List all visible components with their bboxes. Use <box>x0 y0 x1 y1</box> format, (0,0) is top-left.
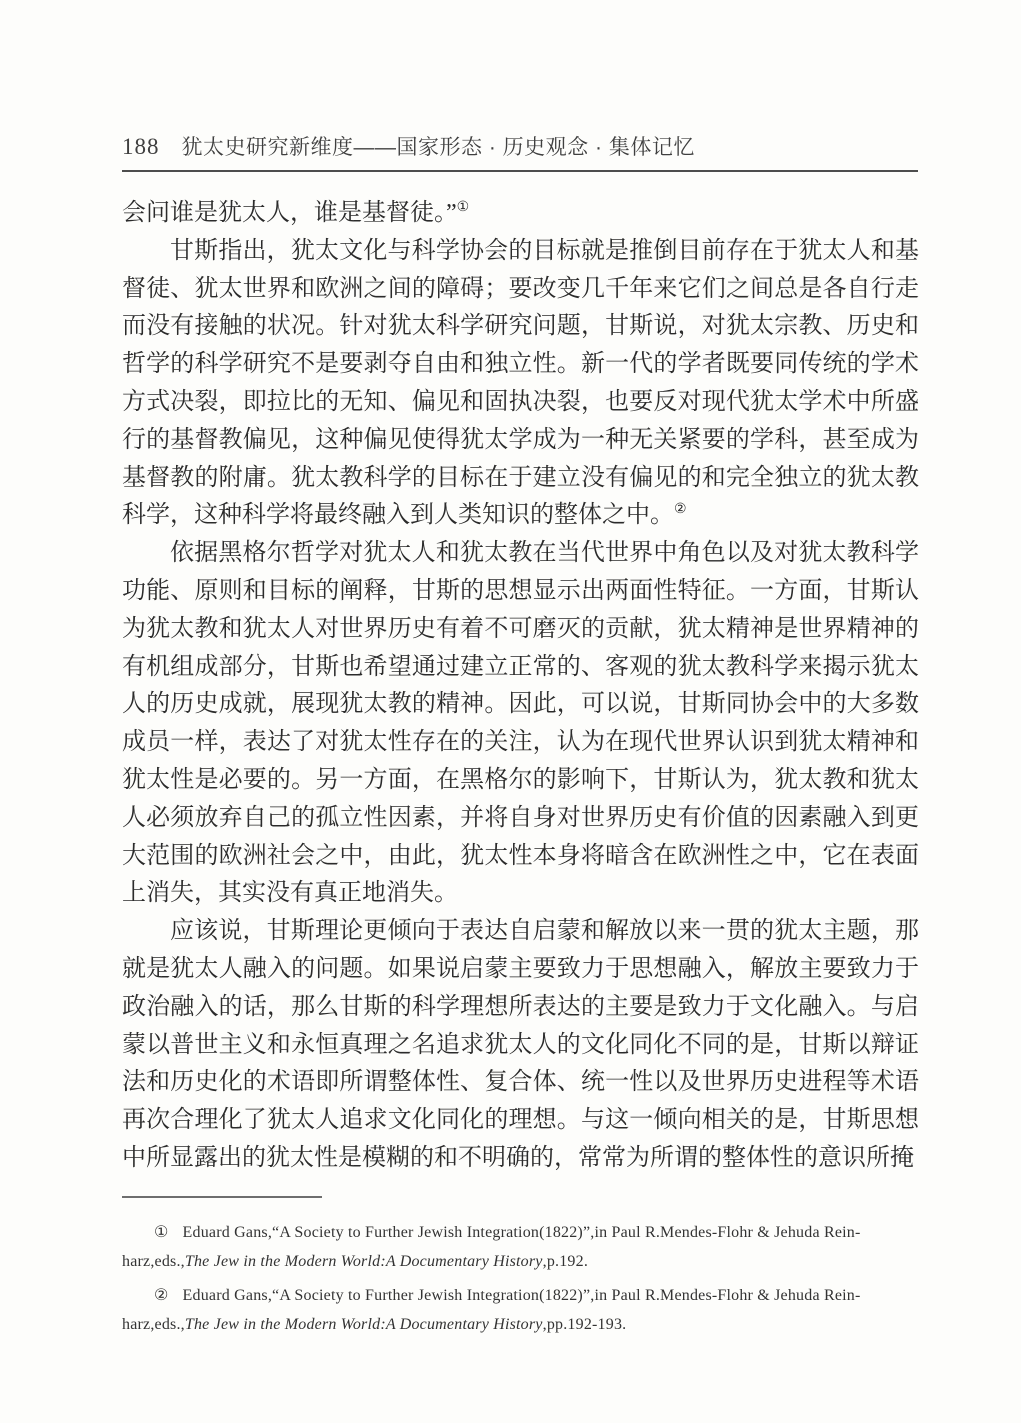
footnote-line: ①Eduard Gans,“A Society to Further Jewis… <box>122 1218 919 1247</box>
footnote-2: ②Eduard Gans,“A Society to Further Jewis… <box>122 1281 919 1339</box>
page-number: 188 <box>122 134 160 160</box>
footnote-text: harz,eds., <box>122 1316 185 1333</box>
footnotes-section: ①Eduard Gans,“A Society to Further Jewis… <box>122 1196 919 1344</box>
footnote-line: ②Eduard Gans,“A Society to Further Jewis… <box>122 1281 919 1310</box>
footnote-separator <box>122 1196 322 1198</box>
body-paragraph: 甘斯指出，犹太文化与科学协会的目标就是推倒目前存在于犹太人和基督徒、犹太世界和欧… <box>122 233 919 535</box>
footnote-book-title: The Jew in the Modern World:A Documentar… <box>185 1316 543 1333</box>
footnote-ref-1: ① <box>457 200 470 215</box>
footnote-book-title: The Jew in the Modern World:A Documentar… <box>185 1253 543 1270</box>
running-header: 188 犹太史研究新维度——国家形态 · 历史观念 · 集体记忆 <box>122 131 918 172</box>
footnote-1: ①Eduard Gans,“A Society to Further Jewis… <box>122 1218 919 1276</box>
footnote-text: ,p.192. <box>543 1253 588 1270</box>
footnote-text: Eduard Gans,“A Society to Further Jewish… <box>183 1224 861 1241</box>
footnote-text: Eduard Gans,“A Society to Further Jewish… <box>183 1287 861 1304</box>
footnote-line: harz,eds.,The Jew in the Modern World:A … <box>122 1247 919 1276</box>
paragraph-text: 依据黑格尔哲学对犹太人和犹太教在当代世界中角色以及对犹太教科学功能、原则和目标的… <box>122 540 919 906</box>
paragraph-text: 会问谁是犹太人，谁是基督徒。” <box>122 200 457 226</box>
paragraph-text: 甘斯指出，犹太文化与科学协会的目标就是推倒目前存在于犹太人和基督徒、犹太世界和欧… <box>122 238 919 529</box>
footnote-text: ,pp.192-193. <box>543 1316 627 1333</box>
running-title: 犹太史研究新维度——国家形态 · 历史观念 · 集体记忆 <box>182 131 695 161</box>
body-paragraph: 会问谁是犹太人，谁是基督徒。”① <box>122 195 919 233</box>
footnote-marker: ① <box>154 1224 169 1241</box>
paragraph-text: 应该说，甘斯理论更倾向于表达自启蒙和解放以来一贯的犹太主题，那就是犹太人融入的问… <box>122 918 919 1171</box>
footnote-line: harz,eds.,The Jew in the Modern World:A … <box>122 1310 919 1339</box>
footnote-ref-2: ② <box>674 502 687 517</box>
footnote-marker: ② <box>154 1287 169 1304</box>
book-page: 188 犹太史研究新维度——国家形态 · 历史观念 · 集体记忆 会问谁是犹太人… <box>0 0 1021 1423</box>
body-text: 会问谁是犹太人，谁是基督徒。”① 甘斯指出，犹太文化与科学协会的目标就是推倒目前… <box>122 195 919 1178</box>
body-paragraph: 应该说，甘斯理论更倾向于表达自启蒙和解放以来一贯的犹太主题，那就是犹太人融入的问… <box>122 913 919 1178</box>
footnote-text: harz,eds., <box>122 1253 185 1270</box>
body-paragraph: 依据黑格尔哲学对犹太人和犹太教在当代世界中角色以及对犹太教科学功能、原则和目标的… <box>122 535 919 913</box>
